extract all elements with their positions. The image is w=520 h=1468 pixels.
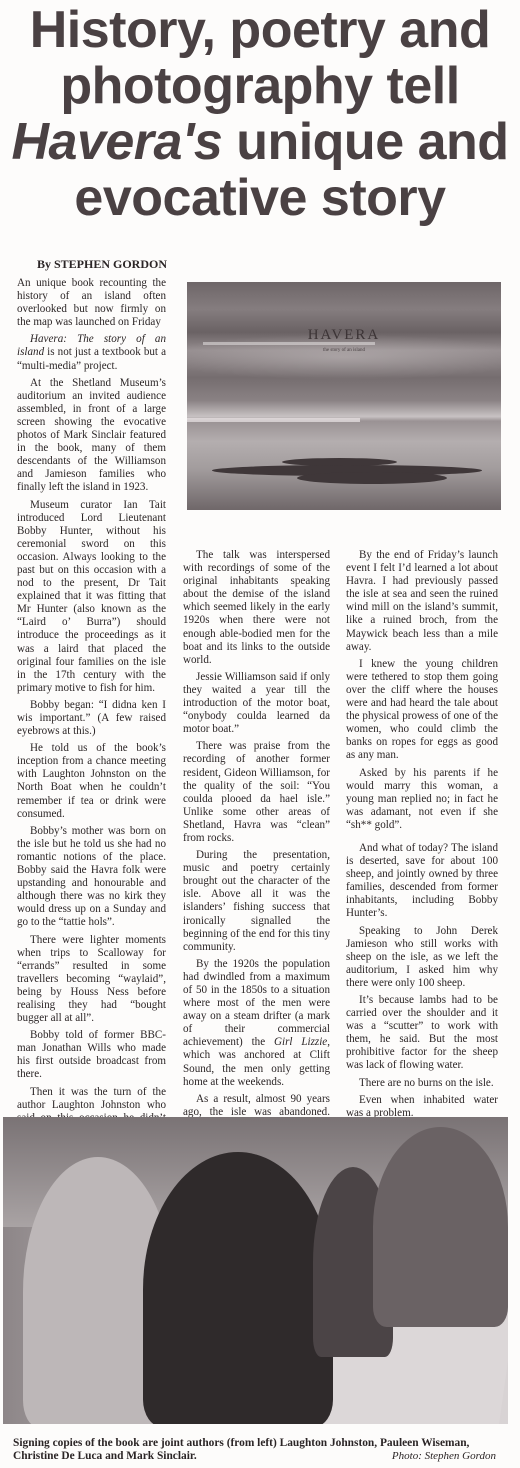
- article-paragraph: Havera: The story of an island is not ju…: [17, 333, 166, 372]
- article-paragraph: Speaking to John Derek Jamieson who stil…: [346, 925, 498, 990]
- article-paragraph: The talk was interspersed with recording…: [183, 549, 330, 667]
- headline-italic-title: Havera's: [11, 113, 222, 171]
- article-paragraph: Even when inhabited water was a problem.: [346, 1094, 498, 1120]
- headline-line-3: Havera's unique and: [0, 114, 520, 170]
- article-paragraph: He told us of the book’s inception from …: [17, 742, 166, 821]
- headline-line-4: evocative story: [0, 170, 520, 226]
- book-cover-image: HAVERA the story of an island: [187, 282, 501, 510]
- article-paragraph: Asked by his parents if he would marry t…: [346, 767, 498, 832]
- signing-photo: [3, 1117, 508, 1424]
- article-paragraph: Jessie Williamson said if only they wait…: [183, 671, 330, 736]
- article-paragraph: Museum curator Ian Tait introduced Lord …: [17, 499, 166, 695]
- horizon-streak: [187, 418, 360, 422]
- article-column-3: By the end of Friday’s launch event I fe…: [346, 549, 498, 1124]
- article-paragraph: And what of today? The island is deserte…: [346, 842, 498, 921]
- island-shape: [297, 472, 447, 484]
- article-paragraph: There was praise from the recording of a…: [183, 740, 330, 845]
- headline-line-1: History, poetry and: [0, 2, 520, 58]
- book-cover-subtitle: the story of an island: [187, 348, 501, 353]
- byline: By STEPHEN GORDON: [17, 257, 187, 272]
- article-paragraph: By the end of Friday’s launch event I fe…: [346, 549, 498, 654]
- article-paragraph: There were lighter moments when trips to…: [17, 934, 166, 1026]
- headline: History, poetry and photography tell Hav…: [0, 2, 520, 226]
- article-paragraph: Bobby told of former BBC-man Jonathan Wi…: [17, 1029, 166, 1081]
- book-cover-title: HAVERA: [187, 327, 501, 344]
- article-paragraph: By the 1920s the population had dwindled…: [183, 958, 330, 1089]
- article-paragraph: During the presentation, music and poetr…: [183, 849, 330, 954]
- person-pauleen-wiseman: [143, 1152, 333, 1424]
- person-mark-sinclair: [373, 1127, 508, 1327]
- article-paragraph: There are no burns on the isle.: [346, 1077, 498, 1090]
- article-paragraph: An unique book recounting the history of…: [17, 277, 166, 329]
- headline-line-2: photography tell: [0, 58, 520, 114]
- article-paragraph: Bobby began: “I didna ken I wis importan…: [17, 699, 166, 738]
- article-paragraph: Bobby’s mother was born on the isle but …: [17, 825, 166, 930]
- article-paragraph: I knew the young children were tethered …: [346, 658, 498, 763]
- photo-credit: Photo: Stephen Gordon: [392, 1450, 496, 1462]
- article-paragraph: At the Shetland Museum’s auditorium an i…: [17, 377, 166, 495]
- article-paragraph: It’s because lambs had to be carried ove…: [346, 994, 498, 1073]
